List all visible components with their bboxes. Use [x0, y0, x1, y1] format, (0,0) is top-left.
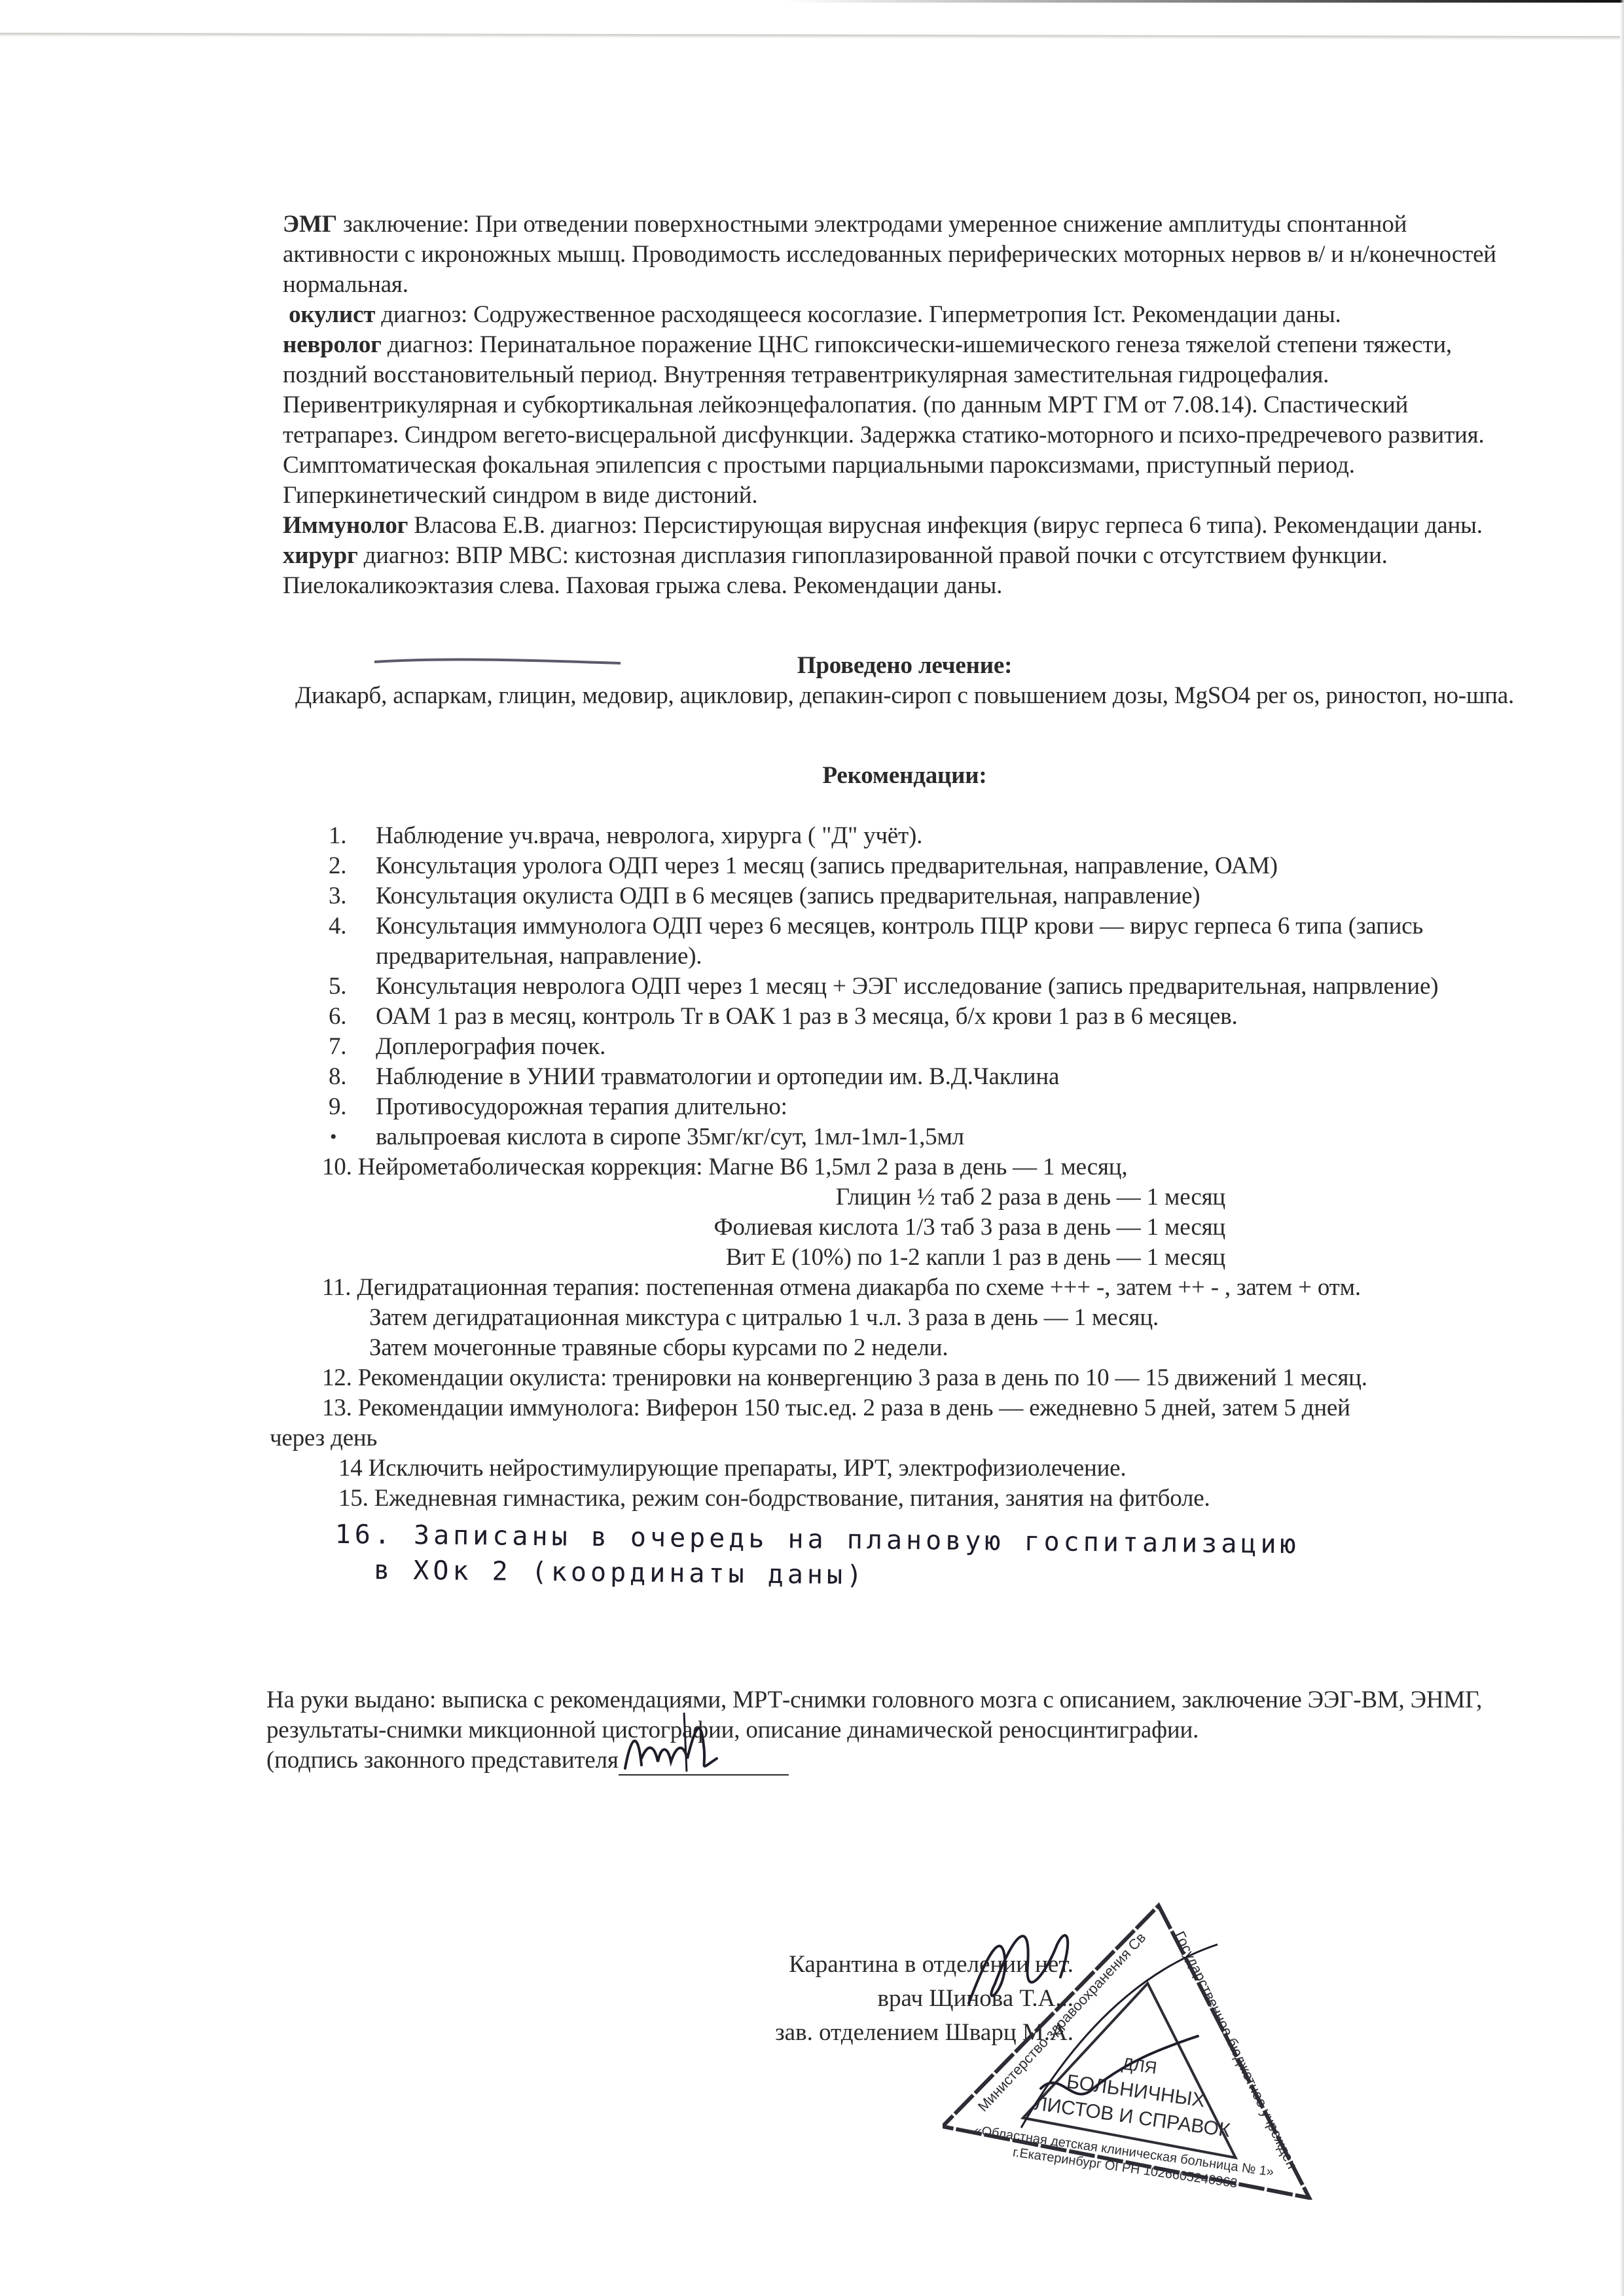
hospital-stamp: Министерство здравоохранения Свердловско…	[943, 1892, 1348, 2200]
recommendation-item: 3.Консультация окулиста ОДП в 6 месяцев …	[283, 881, 1526, 911]
item-text: Консультация окулиста ОДП в 6 месяцев (з…	[376, 883, 1200, 909]
scan-artifact-top-bar	[785, 0, 1624, 3]
treatment-title: Проведено лечение:	[283, 651, 1526, 681]
finding-neurologist: невролог диагноз: Перинатальное поражени…	[283, 330, 1526, 511]
item-text: 14 Исключить нейростимулирующие препарат…	[338, 1455, 1126, 1482]
item-number: 7.	[329, 1032, 346, 1062]
item-number: 8.	[329, 1062, 346, 1092]
paper-edge	[0, 33, 1620, 40]
finding-text: диагноз: Содружественное расходящееся ко…	[375, 301, 1341, 328]
finding-text: диагноз: ВПР МВС: кистозная дисплазия ги…	[283, 542, 1388, 599]
handwritten-line: в ХОк 2 (координаты даны)	[334, 1552, 1526, 1600]
finding-label: ЭМГ	[283, 211, 337, 238]
treatment-text: Диакарб, аспаркам, глицин, медовир, ацик…	[283, 681, 1526, 711]
recommendations-title: Рекомендации:	[283, 761, 1526, 791]
item-text: Наблюдение в УНИИ травматологии и ортопе…	[376, 1063, 1059, 1090]
item-number: 4.	[329, 911, 346, 941]
finding-label: хирург	[283, 542, 358, 569]
issued-text: На руки выдано: выписка с рекомендациями…	[266, 1685, 1543, 1745]
stamp-icon: Министерство здравоохранения Свердловско…	[943, 1892, 1348, 2200]
item-lead: 11. Дегидратационная терапия: постепенна…	[322, 1273, 1526, 1303]
item-text: Наблюдение уч.врача, невролога, хирурга …	[376, 822, 922, 849]
issued-documents: На руки выдано: выписка с рекомендациями…	[266, 1685, 1543, 1776]
finding-immunologist: Иммунолог Власова Е.В. диагноз: Персисти…	[283, 511, 1526, 541]
recommendation-item: 7. Доплерография почек.	[283, 1032, 1526, 1062]
scan-edge-right	[1620, 0, 1624, 2296]
recommendation-item-10: 10. Нейрометаболическая коррекция: Магне…	[283, 1152, 1526, 1273]
finding-label: невролог	[283, 331, 382, 358]
recommendation-item-15: 15. Ежедневная гимнастика, режим сон-бод…	[283, 1484, 1526, 1514]
recommendation-item: 2.Консультация уролога ОДП через 1 месяц…	[283, 851, 1526, 881]
item-text: 12. Рекомендации окулиста: тренировки на…	[322, 1364, 1367, 1391]
item-number: 2.	[329, 851, 346, 881]
item-text: вальпроевая кислота в сиропе 35мг/кг/сут…	[376, 1123, 964, 1150]
recommendation-item: 6.ОАМ 1 раз в месяц, контроль Tr в ОАК 1…	[283, 1002, 1526, 1032]
item-text: 15. Ежедневная гимнастика, режим сон-бод…	[338, 1485, 1210, 1512]
recommendation-subitem: •вальпроевая кислота в сиропе 35мг/кг/су…	[283, 1122, 1526, 1152]
handwritten-item-16: 16. Записаны в очередь на плановую госпи…	[282, 1516, 1526, 1600]
finding-label: окулист	[289, 301, 375, 328]
item-number: 5.	[329, 972, 346, 1002]
item-number: 3.	[329, 881, 346, 911]
finding-oculist: окулист диагноз: Содружественное расходя…	[283, 300, 1526, 330]
recommendations-list: 1. Наблюдение уч.врача, невролога, хирур…	[283, 821, 1526, 1587]
signature-row: (подпись законного представителя	[266, 1745, 1543, 1776]
item-continuation: через день	[270, 1423, 1526, 1453]
item-subline: Затем мочегонные травяные сборы курсами …	[322, 1333, 1526, 1363]
signature-label: (подпись законного представителя	[266, 1747, 619, 1774]
recommendation-item: 8.Наблюдение в УНИИ травматологии и орто…	[283, 1062, 1526, 1092]
item-lead: 10. Нейрометаболическая коррекция: Магне…	[322, 1152, 1526, 1182]
item-subline: Вит Е (10%) по 1-2 капли 1 раз в день — …	[322, 1243, 1225, 1273]
recommendation-item: 1. Наблюдение уч.врача, невролога, хирур…	[283, 821, 1526, 851]
bullet-icon: •	[330, 1122, 336, 1152]
pen-underline	[373, 657, 622, 666]
item-subline: Затем дегидратационная микстура с цитрал…	[322, 1303, 1526, 1333]
item-subline: Фолиевая кислота 1/3 таб 3 раза в день —…	[322, 1212, 1225, 1243]
item-text: Доплерография почек.	[376, 1033, 605, 1060]
item-text: Консультация уролога ОДП через 1 месяц (…	[376, 852, 1278, 879]
finding-label: Иммунолог	[283, 512, 408, 539]
item-text: Консультация невролога ОДП через 1 месяц…	[376, 973, 1438, 1000]
recommendation-item: 9.Противосудорожная терапия длительно:	[283, 1092, 1526, 1122]
item-number: 1.	[329, 821, 346, 851]
signature-icon	[619, 1706, 789, 1778]
recommendation-item: 5.Консультация невролога ОДП через 1 мес…	[283, 972, 1526, 1002]
finding-text: заключение: При отведении поверхностными…	[283, 211, 1496, 298]
recommendation-item-12: 12. Рекомендации окулиста: тренировки на…	[283, 1363, 1526, 1393]
item-number: 9.	[329, 1092, 346, 1122]
finding-emg: ЭМГ заключение: При отведении поверхност…	[283, 210, 1526, 300]
recommendation-item-11: 11. Дегидратационная терапия: постепенна…	[283, 1273, 1526, 1363]
finding-text: диагноз: Перинатальное поражение ЦНС гип…	[283, 331, 1485, 509]
finding-text: Власова Е.В. диагноз: Персистирующая вир…	[408, 512, 1483, 539]
item-number: 6.	[329, 1002, 346, 1032]
document-page: ЭМГ заключение: При отведении поверхност…	[283, 210, 1526, 1776]
finding-surgeon: хирург диагноз: ВПР МВС: кистозная диспл…	[283, 541, 1526, 601]
item-text: Консультация иммунолога ОДП через 6 меся…	[376, 913, 1423, 970]
signature-field	[619, 1748, 789, 1776]
recommendation-item: 4.Консультация иммунолога ОДП через 6 ме…	[283, 911, 1526, 972]
item-text: Противосудорожная терапия длительно:	[376, 1093, 787, 1120]
recommendation-item-14: 14 Исключить нейростимулирующие препарат…	[283, 1453, 1526, 1484]
item-lead: 13. Рекомендации иммунолога: Виферон 150…	[322, 1393, 1526, 1423]
recommendation-item-13: 13. Рекомендации иммунолога: Виферон 150…	[283, 1393, 1526, 1453]
item-text: ОАМ 1 раз в месяц, контроль Tr в ОАК 1 р…	[376, 1003, 1238, 1030]
item-subline: Глицин ½ таб 2 раза в день — 1 месяц	[322, 1182, 1225, 1212]
